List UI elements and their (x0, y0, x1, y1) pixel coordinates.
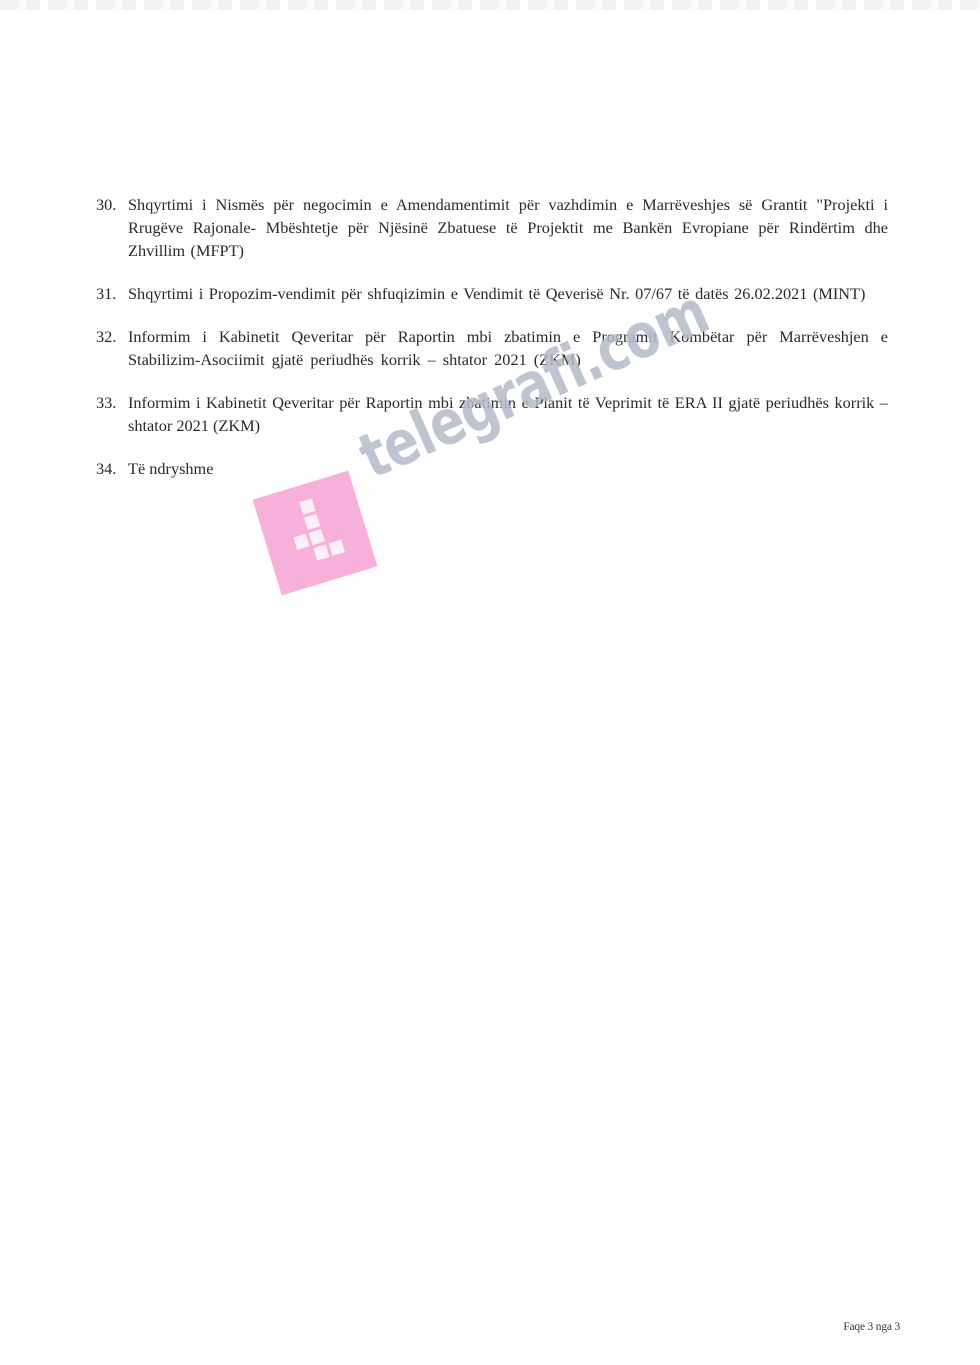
agenda-item-text: Shqyrtimi i Nismës për negocimin e Amend… (128, 193, 888, 262)
document-page: 30. Shqyrtimi i Nismës për negocimin e A… (0, 0, 980, 1365)
logo-square (313, 544, 329, 560)
agenda-item-number: 33. (96, 391, 128, 437)
agenda-item-text: Të ndryshme (128, 457, 888, 480)
logo-square (299, 498, 315, 514)
agenda-item: 30. Shqyrtimi i Nismës për negocimin e A… (96, 193, 888, 262)
agenda-item-number: 34. (96, 457, 128, 480)
agenda-item: 31. Shqyrtimi i Propozim-vendimit për sh… (96, 282, 888, 305)
logo-square (329, 540, 345, 556)
agenda-item: 34. Të ndryshme (96, 457, 888, 480)
logo-square (304, 514, 320, 530)
logo-square (309, 529, 325, 545)
agenda-item-number: 30. (96, 193, 128, 262)
agenda-list: 30. Shqyrtimi i Nismës për negocimin e A… (96, 193, 888, 500)
agenda-item-number: 32. (96, 325, 128, 371)
logo-square (293, 534, 309, 550)
page-number: Faqe 3 nga 3 (843, 1321, 900, 1333)
agenda-item-text: Shqyrtimi i Propozim-vendimit për shfuqi… (128, 282, 888, 305)
agenda-item-number: 31. (96, 282, 128, 305)
bleed-through-artifact (0, 0, 980, 10)
